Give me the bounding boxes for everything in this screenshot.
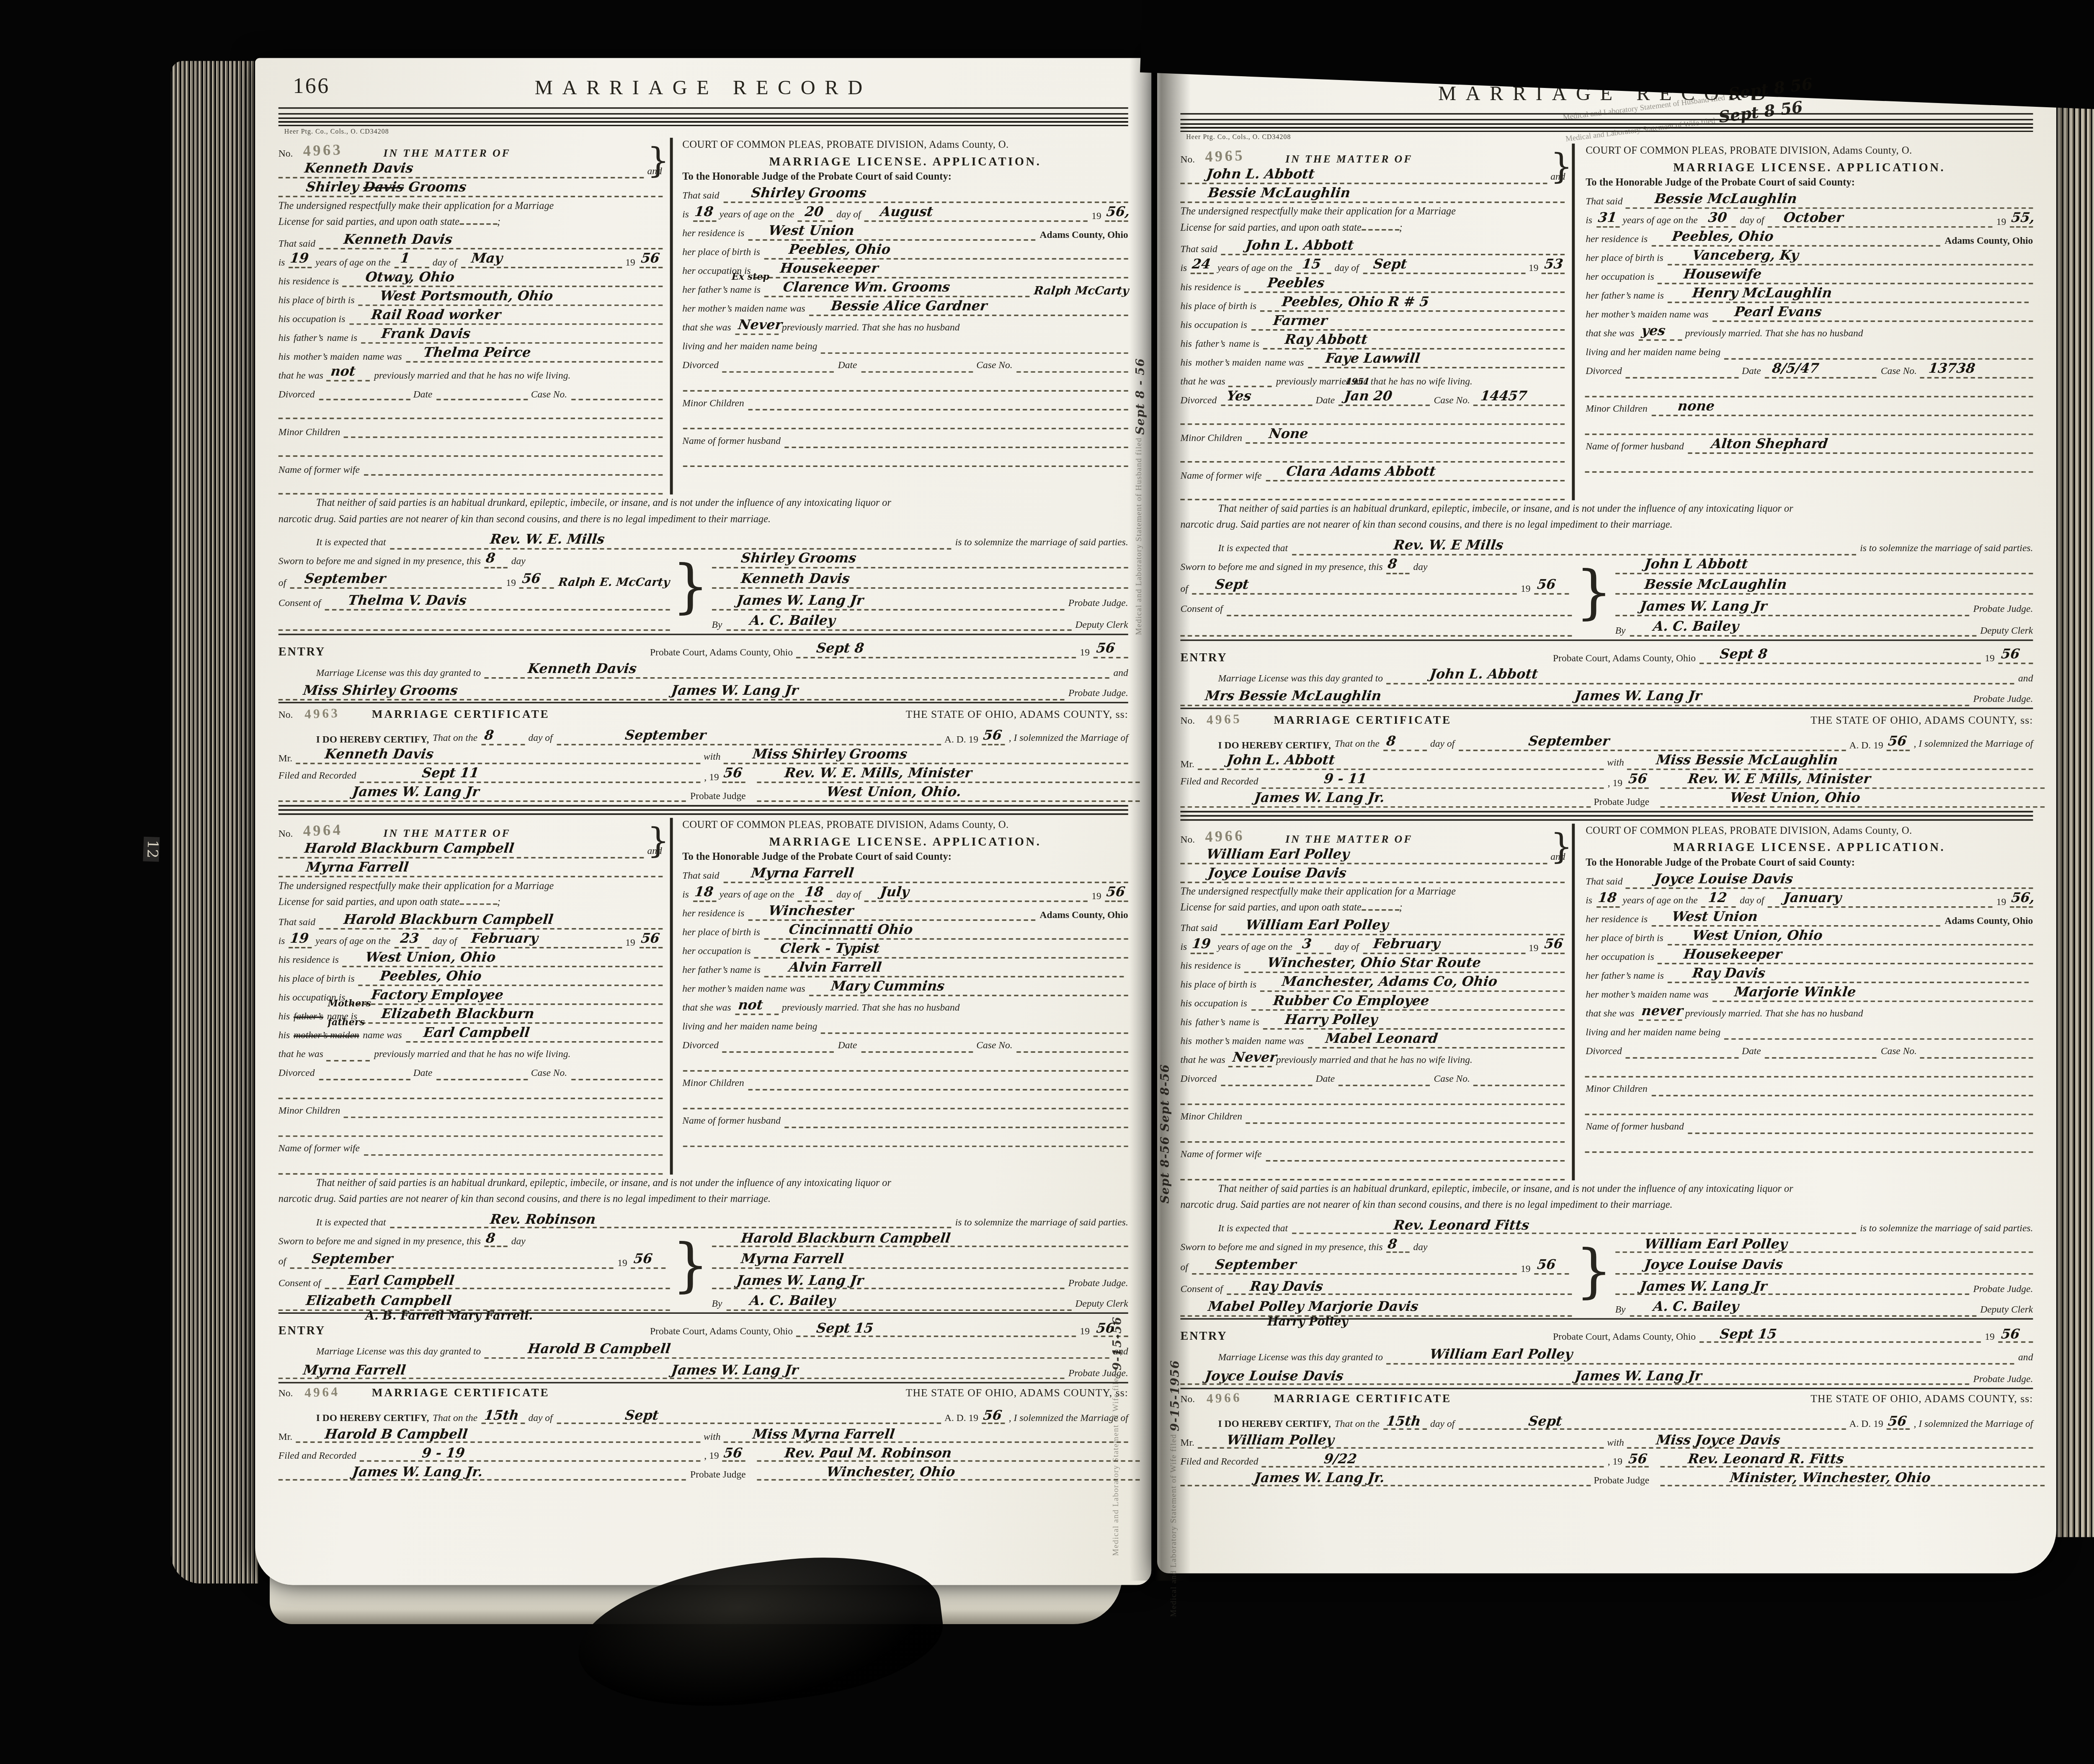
dashed-line: Sept 11	[360, 764, 701, 783]
dashed-line: Peebles, Ohio	[358, 967, 662, 986]
bride-minor-children-row: Minor Children	[1586, 1077, 2033, 1096]
dashed-line: none	[1651, 397, 2033, 416]
record-number-stamp: 4966	[1204, 828, 1244, 845]
blank-line-row	[1180, 444, 1565, 462]
certificate-judge-row: James W. Lang Jr.Probate Judge	[279, 1462, 746, 1481]
groom-application-column: No.4964IN THE MATTER OF } Harold Blackbu…	[279, 818, 669, 1174]
dashed-line: Cincinnatti Ohio	[764, 920, 1128, 939]
dashed-line	[784, 429, 1128, 448]
filed-year-value: 56	[1627, 773, 1647, 786]
dashed-line: James W. Lang Jr	[712, 591, 1065, 610]
groom-birthplace-value: Peebles, Ohio	[379, 970, 482, 984]
dashed-line: Shirley Grooms	[712, 549, 1128, 568]
bride-birthplace-value: Cincinnatti Ohio	[789, 923, 914, 937]
dashed-line: Housekeeper	[754, 259, 1128, 278]
bride-age-row: is18years of age on the12day ofJanuary19…	[1586, 888, 2033, 907]
dashed-line	[821, 335, 1128, 353]
bride-divorced-row: DivorcedDateCase No.	[682, 1033, 1128, 1052]
dashed-line	[861, 1033, 972, 1052]
dashed-line: October	[1768, 209, 1993, 227]
filed-recorded-row: Filed and Recorded9/22, 1956	[1180, 1449, 1649, 1468]
certificate-judge-row: James W. Lang Jr.Probate Judge	[1180, 788, 1649, 807]
dashed-line: Harold B Campbell	[296, 1425, 700, 1444]
dashed-line: Myrna Farrell	[279, 858, 662, 877]
bride-birthday-year-value: 56	[1106, 886, 1126, 899]
court-heading: COURT OF COMMON PLEAS, PROBATE DIVISION,…	[1586, 825, 2033, 837]
dashed-line: Shirley Davis Grooms	[279, 178, 662, 197]
left-page: 166 MARRIAGE RECORD Heer Ptg. Co., Cols.…	[255, 58, 1151, 1585]
bride-previously-married-row: that she wasNeverpreviously married. Tha…	[682, 316, 1128, 335]
entry-overwrite-scribble: Harry Polley	[1267, 1314, 1348, 1328]
sworn-row: Sworn to before me and signed in my pres…	[279, 549, 669, 568]
dashed-line: 12	[1701, 888, 1736, 907]
groom-residence-row: his residence isOtway, Ohio	[279, 268, 662, 287]
dashed-line: Rev. W. E Mills, Minister	[1661, 769, 2045, 788]
dashed-line	[1180, 1161, 1565, 1180]
sworn-and-signatures-grid: Sworn to before me and signed in my pres…	[279, 1229, 1128, 1311]
groom-occupation-row: his occupation isFarmer	[1180, 312, 1565, 330]
groom-residence-row: his residence isPeebles	[1180, 274, 1565, 293]
entry-label: ENTRY	[1180, 650, 1256, 663]
dashed-line: Miss Shirley Grooms	[279, 681, 638, 700]
printer-imprint: Heer Ptg. Co., Cols., O. CD34208	[284, 128, 1128, 135]
groom-birthplace-row: his place of birth isWest Portsmouth, Oh…	[279, 287, 662, 306]
probate-judge-signature-value: James W. Lang Jr	[736, 594, 864, 608]
dashed-line: Alvin Farrell	[764, 958, 1124, 977]
bride-minor-children-value: none	[1677, 400, 1715, 414]
sworn-column: Sworn to before me and signed in my pres…	[1180, 1235, 1572, 1317]
certificate-judge-value: James W. Lang Jr.	[1253, 792, 1385, 805]
license-granted-row-2: Myrna FarrellJames W. Lang JrProbate Jud…	[279, 1359, 1128, 1380]
groom-name-value: John L. Abbott	[1205, 168, 1315, 182]
bride-name-value: Myrna Farrell	[304, 861, 409, 874]
blank-line-row	[1586, 416, 2033, 435]
signatures-column: Harold Blackburn Campbell Myrna Farrell …	[712, 1229, 1128, 1311]
filed-date-value: 9 - 11	[1323, 773, 1367, 786]
license-granted-row-2: Mrs Bessie McLaughlinJames W. Lang JrPro…	[1180, 685, 2033, 706]
certificate-day-value: 8	[1385, 735, 1396, 748]
dashed-line: Sept	[556, 1406, 941, 1425]
deputy-clerk-signature-value: A. C. Bailey	[1653, 1301, 1740, 1315]
dashed-line: 56	[1998, 1325, 2033, 1344]
marriage-certificate-title: MARRIAGE CERTIFICATE	[372, 1387, 550, 1400]
granted-bride-value: Miss Shirley Grooms	[303, 684, 459, 698]
bride-residence-value: West Union	[1671, 910, 1758, 924]
former-husband-value: Alton Shephard	[1711, 438, 1829, 451]
dashed-line	[279, 1080, 662, 1099]
left-margin-wife-stamp: Medical and Laboratory Statement of Wife…	[1108, 1244, 1125, 1556]
page-stack-right-edge	[2050, 84, 2094, 1537]
dashed-line: 56	[722, 1444, 745, 1462]
groom-birthplace-value: West Portsmouth, Ohio	[379, 290, 553, 304]
dashed-line	[279, 612, 669, 631]
state-of-ohio-label: THE STATE OF OHIO, ADAMS COUNTY, ss:	[906, 707, 1128, 720]
mother-label-overwrite: fathers	[328, 1017, 365, 1029]
bride-that-said-row: That saidShirley Grooms	[682, 184, 1128, 203]
marriage-record-card: No.4963IN THE MATTER OF } Kenneth Davisa…	[279, 138, 1128, 802]
signature-row-1: William Earl Polley	[1615, 1235, 2033, 1253]
dashed-line: Factory Employee	[349, 986, 662, 1005]
dashed-line: William Polley	[1198, 1430, 1604, 1449]
signature-row-2: Joyce Louise Davis	[1615, 1253, 2033, 1274]
bride-mother-value: Mary Cummins	[830, 980, 946, 993]
signature-2-value: Myrna Farrell	[740, 1253, 844, 1266]
consent-row-2	[279, 610, 669, 631]
probate-judge-signature-row: James W. Lang JrProbate Judge.	[712, 1269, 1128, 1289]
dashed-line: Ray Davis	[1226, 1277, 1573, 1295]
certificate-day-value: 15th	[483, 1409, 519, 1423]
bride-birthday-day-value: 20	[803, 206, 823, 219]
state-of-ohio-label: THE STATE OF OHIO, ADAMS COUNTY, ss:	[906, 1387, 1128, 1400]
groom-divorced-row: DivorcedDateCase No.	[1180, 1067, 1565, 1086]
bride-age-value: 18	[1596, 892, 1617, 905]
blank-line-row	[279, 438, 662, 457]
certificate-couple-row: Mr.Harold B CampbellwithMiss Myrna Farre…	[279, 1425, 1128, 1444]
dashed-line: Bessie McLaughlin	[1615, 576, 2033, 595]
dashed-line: 1	[394, 249, 429, 268]
blank-line-row	[682, 372, 1128, 391]
dashed-line: 56	[639, 249, 662, 268]
groom-age-row: is24years of age on the15day ofSept1953	[1180, 255, 1565, 274]
struck-name: Davis	[361, 180, 404, 196]
dashed-line: Miss Myrna Farrell	[724, 1425, 1128, 1444]
bride-restated-name-value: Myrna Farrell	[750, 867, 855, 880]
bride-application-column: COURT OF COMMON PLEAS, PROBATE DIVISION,…	[1573, 144, 2033, 500]
dashed-line: Mabel Leonard	[1307, 1029, 1565, 1048]
record-number-row: No.4963IN THE MATTER OF }	[279, 138, 662, 159]
bride-age-row: is18years of age on the18day ofJuly1956	[682, 882, 1128, 901]
header-rule	[279, 107, 1128, 115]
sworn-column: Sworn to before me and signed in my pres…	[279, 549, 669, 631]
bride-mother-row: her mother’s maiden name wasBessie Alice…	[682, 297, 1128, 316]
groom-that-said-row: That saidKenneth Davis	[279, 230, 662, 249]
groom-age-value: 19	[289, 932, 309, 946]
dashed-line	[1651, 1077, 2033, 1096]
dashed-line: Myrna Farrell	[723, 864, 1128, 882]
bride-occupation-row: her occupation isHousekeeper	[1586, 945, 2033, 964]
license-granted-row-2: Miss Shirley GroomsJames W. Lang JrProba…	[279, 679, 1128, 700]
groom-previously-married-row: that he wasNeverpreviously married and t…	[1180, 1048, 1565, 1067]
dashed-line: Bessie Alice Gardner	[809, 297, 1128, 316]
bride-restated-name-value: Shirley Grooms	[750, 187, 867, 201]
dashed-line: Harold B Campbell	[485, 1340, 1110, 1359]
groom-restated-name-value: Kenneth Davis	[342, 234, 452, 247]
adams-county-label: Adams County, Ohio	[1040, 230, 1128, 240]
bride-birthday-day-value: 30	[1707, 212, 1727, 225]
section-rule	[1180, 1387, 2033, 1389]
signature-row-1: Shirley Grooms	[712, 549, 1128, 568]
dashed-line: Peebles, Ohio R # 5	[1260, 293, 1565, 312]
sworn-and-signatures-grid: Sworn to before me and signed in my pres…	[1180, 555, 2033, 637]
dashed-line: Rev. Leonard R. Fitts	[1661, 1449, 2045, 1468]
bride-father-row: her father’s name isAlvin Farrell	[682, 958, 1128, 977]
consent-value-2: Mabel Polley Marjorie Davis	[1207, 1301, 1419, 1315]
dashed-line: James W. Lang Jr	[712, 1271, 1065, 1290]
license-granted-row: Marriage License was this day granted to…	[316, 658, 1128, 679]
dashed-line: Miss Joyce Davis	[1627, 1430, 2033, 1449]
certify-row: I DO HEREBY CERTIFY,That on the15thday o…	[279, 1406, 1128, 1425]
certificate-heading-row: No.4963 MARRIAGE CERTIFICATE THE STATE O…	[279, 706, 1128, 726]
former-wife-row: Name of former wifeClara Adams Abbott	[1180, 462, 1565, 481]
groom-birthday-day-value: 15	[1302, 258, 1322, 272]
dashed-line: Harold Blackburn Campbell	[319, 910, 662, 929]
license-granted-row: Marriage License was this day granted to…	[1218, 1344, 2033, 1364]
dashed-line: William Earl Polley	[1615, 1235, 2033, 1253]
groom-father-value: Frank Davis	[381, 328, 472, 341]
signature-1-value: John L Abbott	[1644, 558, 1749, 572]
groom-minor-children-value: None	[1267, 428, 1308, 441]
brace-glyph: }	[669, 1229, 712, 1304]
bride-age-row: is18years of age on the20day ofAugust195…	[682, 203, 1128, 222]
dashed-line: John L. Abbott	[1180, 165, 1547, 184]
dashed-line: 56,	[2010, 888, 2033, 907]
honorable-judge-line: To the Honorable Judge of the Probate Co…	[1586, 856, 2033, 868]
dashed-line	[327, 1042, 371, 1061]
certificate-year-value: 56	[983, 729, 1003, 743]
maiden-name-row: living and her maiden name being	[682, 1014, 1128, 1033]
dashed-line: 56	[1534, 1256, 1569, 1274]
sworn-month-value: September	[312, 1253, 394, 1266]
dashed-line: 13738	[1921, 359, 2033, 378]
minister-signature-row: Rev. Paul M. Robinson	[757, 1444, 1140, 1462]
dashed-line: Mrs Bessie McLaughlin	[1180, 687, 1541, 706]
certificate-judge-row: James W. Lang JrProbate Judge	[279, 783, 746, 802]
groom-occupation-value: Rail Road worker	[370, 309, 501, 322]
dashed-line: Kenneth Davis	[319, 230, 662, 249]
license-granted-row-2: Joyce Louise DavisJames W. Lang JrProbat…	[1180, 1364, 2033, 1385]
groom-minor-children-row: Minor Children	[279, 419, 662, 438]
dashed-line	[1226, 597, 1573, 616]
dashed-line	[748, 391, 1128, 410]
probate-judge-signature-row: James W. Lang JrProbate Judge.	[1615, 1274, 2033, 1295]
groom-age-row: is19years of age on the23day ofFebruary1…	[279, 929, 662, 948]
dashed-line: Sept 8	[797, 639, 1076, 658]
blank-line-row	[1180, 1086, 1565, 1104]
adams-county-label: Adams County, Ohio	[1040, 910, 1128, 920]
entry-label: ENTRY	[279, 1325, 354, 1338]
dashed-line: 19	[289, 249, 312, 268]
certificate-couple-row: Mr.William PolleywithMiss Joyce Davis	[1180, 1430, 2033, 1449]
dashed-line: 8	[1386, 555, 1409, 574]
dashed-line	[1626, 359, 1738, 378]
deputy-clerk-signature-value: A. C. Bailey	[749, 616, 836, 629]
blank-line-row	[1180, 406, 1565, 425]
groom-name-value: Kenneth Davis	[303, 162, 413, 176]
bride-minor-children-row: Minor Children	[682, 391, 1128, 410]
court-heading: COURT OF COMMON PLEAS, PROBATE DIVISION,…	[682, 819, 1128, 831]
no-label: No.	[1180, 155, 1195, 165]
dashed-line: James W. Lang Jr	[642, 1361, 1065, 1380]
groom-name-row: Harold Blackburn Campbelland	[279, 839, 662, 858]
dashed-line: January	[1768, 888, 1993, 907]
dashed-line: 56	[1887, 732, 1910, 750]
dashed-line: Vanceberg, Ky	[1667, 246, 2033, 265]
bride-restated-name-value: Bessie McLaughlin	[1654, 193, 1798, 206]
former-wife-row: Name of former wife	[1180, 1142, 1565, 1161]
groom-previously-married-row: that he waspreviously married and that h…	[279, 1042, 662, 1061]
court-heading: COURT OF COMMON PLEAS, PROBATE DIVISION,…	[682, 139, 1128, 151]
consent-row: Consent ofRay Davis	[1180, 1274, 1572, 1295]
application-intro-paragraph: The undersigned respectfully make their …	[279, 199, 662, 230]
sworn-month-row: ofSeptember1956Ralph E. McCarty	[279, 568, 669, 589]
bride-previously-married-row: that she wasneverpreviously married. Tha…	[1586, 1001, 2033, 1020]
dashed-line: Jan 201951	[1338, 387, 1430, 406]
bride-mother-row: her mother’s maiden name wasMarjorie Win…	[1586, 983, 2033, 1001]
minister-signature-row: Rev. W. E. Mills, Minister	[757, 764, 1140, 783]
entry-date-value: Sept 15	[1718, 1328, 1777, 1341]
dashed-line: Kenneth Davis	[279, 159, 644, 178]
dashed-line: Shirley Grooms	[723, 184, 1128, 203]
dashed-line: 56	[1534, 576, 1569, 595]
probate-judge-signature-value: James W. Lang Jr	[1639, 600, 1768, 614]
adams-county-label: Adams County, Ohio	[1944, 236, 2033, 246]
sworn-day-value: 8	[485, 1232, 496, 1246]
record-number-stamp: 4965	[1204, 148, 1244, 165]
signatures-column: Shirley Grooms Kenneth Davis James W. La…	[712, 549, 1128, 631]
bride-occupation-value: Housekeeper	[780, 263, 879, 276]
groom-occupation-row: his occupation isRail Road worker	[279, 306, 662, 325]
bride-birthplace-value: Peebles, Ohio	[789, 244, 892, 257]
brace-cell: }	[1573, 555, 1615, 637]
dashed-line: West Union	[748, 222, 1036, 240]
in-the-matter-of-label: IN THE MATTER OF	[1285, 832, 1413, 845]
filed-year-value: 56	[1627, 1452, 1647, 1466]
marriage-record-card: No.4966IN THE MATTER OF } William Earl P…	[1180, 824, 2033, 1487]
deputy-clerk-signature-value: A. C. Bailey	[749, 1295, 836, 1309]
sworn-day-value: 8	[1387, 1238, 1398, 1251]
certificate-year-value: 56	[983, 1409, 1003, 1423]
bride-mother-row: her mother’s maiden name wasMary Cummins	[682, 977, 1128, 995]
granted-bride-value: Joyce Louise Davis	[1205, 1370, 1345, 1383]
groom-that-said-row: That saidWilliam Earl Polley	[1180, 916, 1565, 935]
bride-father-value: Alvin Farrell	[789, 961, 883, 975]
filed-year-value: 56	[723, 1447, 743, 1460]
dashed-line: 56	[631, 1250, 665, 1269]
record-number-stamp: 4963	[302, 142, 342, 160]
certificate-groom-value: William Polley	[1225, 1434, 1334, 1447]
certificate-year-value: 56	[1888, 735, 1908, 748]
groom-birthplace-value: Manchester, Adams Co, Ohio	[1281, 976, 1498, 989]
dashed-line	[1921, 1039, 2033, 1058]
groom-previously-married-value: not	[329, 366, 356, 379]
marriage-record-card: No.4964IN THE MATTER OF } Harold Blackbu…	[279, 818, 1128, 1481]
marriage-certificate-title: MARRIAGE CERTIFICATE	[1274, 713, 1452, 726]
groom-name-value: William Earl Polley	[1205, 848, 1350, 861]
minister-signature-row: Rev. W. E Mills, Minister	[1661, 769, 2045, 788]
dashed-line: None	[1246, 425, 1565, 444]
certify-row: I DO HEREBY CERTIFY,That on the15thday o…	[1180, 1411, 2033, 1430]
expected-minister-row: It is expected thatRev. W. E. Millsis to…	[316, 528, 1128, 549]
dashed-line: September	[556, 726, 941, 745]
dashed-line	[682, 448, 1128, 467]
expected-minister-row: It is expected thatRev. Leonard Fittsis …	[1218, 1214, 2033, 1235]
dashed-line: 8	[485, 1229, 508, 1248]
minister-place-row: West Union, Ohio.	[757, 783, 1140, 802]
section-rule	[1180, 708, 2033, 709]
blank-line-row	[682, 1090, 1128, 1109]
dashed-line: February	[461, 929, 622, 948]
blank-line-row	[682, 410, 1128, 429]
granted-groom-value: William Earl Polley	[1430, 1349, 1574, 1362]
dashed-line	[1586, 1133, 2033, 1152]
dashed-line: Sept	[1362, 255, 1525, 274]
dashed-line	[1016, 353, 1128, 372]
blank-line-row	[1586, 378, 2033, 397]
dashed-line	[784, 1109, 1128, 1127]
groom-birthday-year-value: 56	[640, 932, 660, 946]
bride-age-value: 18	[694, 886, 714, 899]
dashed-line: Henry McLaughlin	[1668, 284, 2030, 303]
certificate-couple-row: Mr.John L. AbbottwithMiss Bessie McLaugh…	[1180, 750, 2033, 769]
dashed-line: Alton Shephard	[1687, 435, 2033, 454]
certificate-couple-row: Mr.Kenneth DaviswithMiss Shirley Grooms	[279, 745, 1128, 764]
dashed-line: 18	[693, 203, 716, 222]
groom-residence-row: his residence isWest Union, Ohio	[279, 948, 662, 967]
maiden-name-row: living and her maiden name being	[1586, 340, 2033, 359]
dashed-line: Sept 15	[797, 1319, 1076, 1338]
dashed-line: Joyce Louise Davis	[1180, 864, 1565, 882]
no-label: No.	[279, 829, 293, 839]
brace-cell: }	[1573, 1235, 1615, 1317]
no-label: No.	[1180, 835, 1195, 845]
signature-row-2: Kenneth Davis	[712, 568, 1128, 589]
bride-that-said-row: That saidJoyce Louise Davis	[1586, 869, 2033, 888]
bride-case-no-value: 13738	[1928, 363, 1976, 376]
bride-previously-married-value: Never	[737, 319, 783, 333]
sworn-year-value: 56	[632, 1253, 652, 1266]
bride-residence-value: Winchester	[767, 905, 854, 918]
dashed-line: 15th	[1383, 1411, 1427, 1430]
dashed-line	[436, 1061, 527, 1080]
bride-birthday-month-value: October	[1783, 212, 1844, 225]
consent-value-1: Earl Campbell	[348, 1274, 455, 1288]
dashed-line	[1180, 481, 1565, 500]
groom-occupation-value: Factory Employee	[370, 989, 503, 1003]
dashed-line: 8	[485, 549, 508, 568]
sworn-row: Sworn to before me and signed in my pres…	[279, 1229, 669, 1248]
groom-birthday-day-value: 23	[400, 932, 420, 946]
brace-glyph: }	[647, 141, 669, 182]
section-rule	[279, 633, 1128, 634]
fathers-word: father’s	[294, 333, 323, 344]
groom-restated-name-value: Harold Blackburn Campbell	[342, 913, 553, 927]
signature-row-1: John L Abbott	[1615, 555, 2033, 574]
groom-residence-value: Otway, Ohio	[364, 271, 454, 285]
minister-signature-value: Rev. W. E Mills, Minister	[1687, 773, 1871, 786]
bride-residence-row: her residence isWest UnionAdams County, …	[1586, 907, 2033, 926]
dashed-line: James W. Lang Jr	[642, 681, 1065, 700]
dashed-line	[682, 372, 1128, 391]
impediment-paragraph: That neither of said parties is an habit…	[279, 497, 1128, 528]
dashed-line	[279, 400, 662, 419]
bride-age-value: 31	[1596, 212, 1617, 225]
filed-date-value: 9/22	[1323, 1452, 1357, 1466]
dashed-line	[1586, 1058, 2033, 1077]
groom-divorced-row: DivorcedDateCase No.	[279, 1061, 662, 1080]
dashed-line	[682, 410, 1128, 429]
brace-glyph: }	[1573, 1235, 1615, 1310]
application-intro-paragraph: The undersigned respectfully make their …	[279, 879, 662, 910]
dashed-line: 56	[722, 764, 745, 783]
consent-row-2: Mabel Polley Marjorie Davis	[1180, 1295, 1572, 1316]
bride-birthplace-value: West Union, Ohio	[1692, 929, 1824, 943]
dashed-line: Myrna Farrell	[712, 1250, 1128, 1269]
dashed-line: William Earl Polley	[1180, 845, 1547, 864]
bride-previously-married-value: never	[1640, 1005, 1684, 1018]
blank-line-row	[279, 476, 662, 495]
dashed-line: Otway, Ohio	[343, 268, 662, 287]
marriage-certificate-title: MARRIAGE CERTIFICATE	[1274, 1393, 1452, 1406]
